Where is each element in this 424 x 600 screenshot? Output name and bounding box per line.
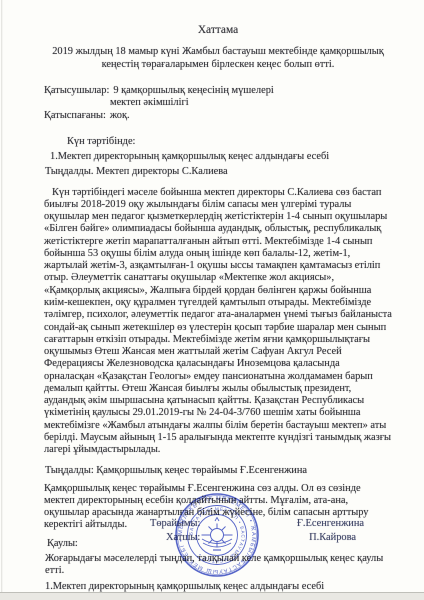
- kazakhstan-emblem-icon: [202, 518, 233, 551]
- document-title: Хаттама: [44, 24, 392, 37]
- agenda-heading: Күн тәртібінде:: [67, 136, 392, 148]
- official-round-stamp: МЕМЛЕКЕТТІК МЕКЕМЕСІ • ЖАМБЫЛ БАСТАУЫШ М…: [169, 487, 265, 583]
- participants-value-2: мектеп әкімшілігі: [110, 97, 392, 109]
- stamp-inner-ring-text: БАСТАУЫШ МЕКТЕП • БАСТАУЫШ МЕКТЕП •: [188, 506, 245, 563]
- participants-line: Қатысушылар:9 қамқоршылық кеңесінің мүше…: [44, 85, 392, 97]
- agenda-item-1: 1.Мектеп директорының қамқоршылық кеңес …: [50, 151, 392, 163]
- document-intro: 2019 жылдың 18 мамыр күні Жамбыл бастауы…: [44, 46, 392, 71]
- scanned-protocol-document: Хаттама 2019 жылдың 18 мамыр күні Жамбыл…: [0, 0, 424, 600]
- absent-label: Қатыспағаны:: [44, 110, 106, 121]
- heard-line-1: Тыңдалды. Мектеп директоры С.Калиева: [45, 166, 392, 178]
- absent-value: жоқ.: [110, 110, 130, 121]
- heard-line-2: Тыңдалды: Қамқоршылық кеңес төрайымы Ғ.Е…: [45, 465, 392, 477]
- participants-value: 9 қамқоршылық кеңесінің мүшелері: [113, 85, 273, 96]
- absent-line: Қатыспағаны:жоқ.: [44, 110, 392, 122]
- scan-bottom-edge: [0, 592, 424, 600]
- secretary-name: П.Кайрова: [309, 531, 356, 545]
- participants-label: Қатысушылар:: [44, 85, 109, 96]
- chairwoman-name: Ғ.Есенгенжина: [297, 517, 364, 531]
- director-report-paragraph: Күн тәртібіндегі мәселе бойынша мектеп д…: [44, 187, 392, 457]
